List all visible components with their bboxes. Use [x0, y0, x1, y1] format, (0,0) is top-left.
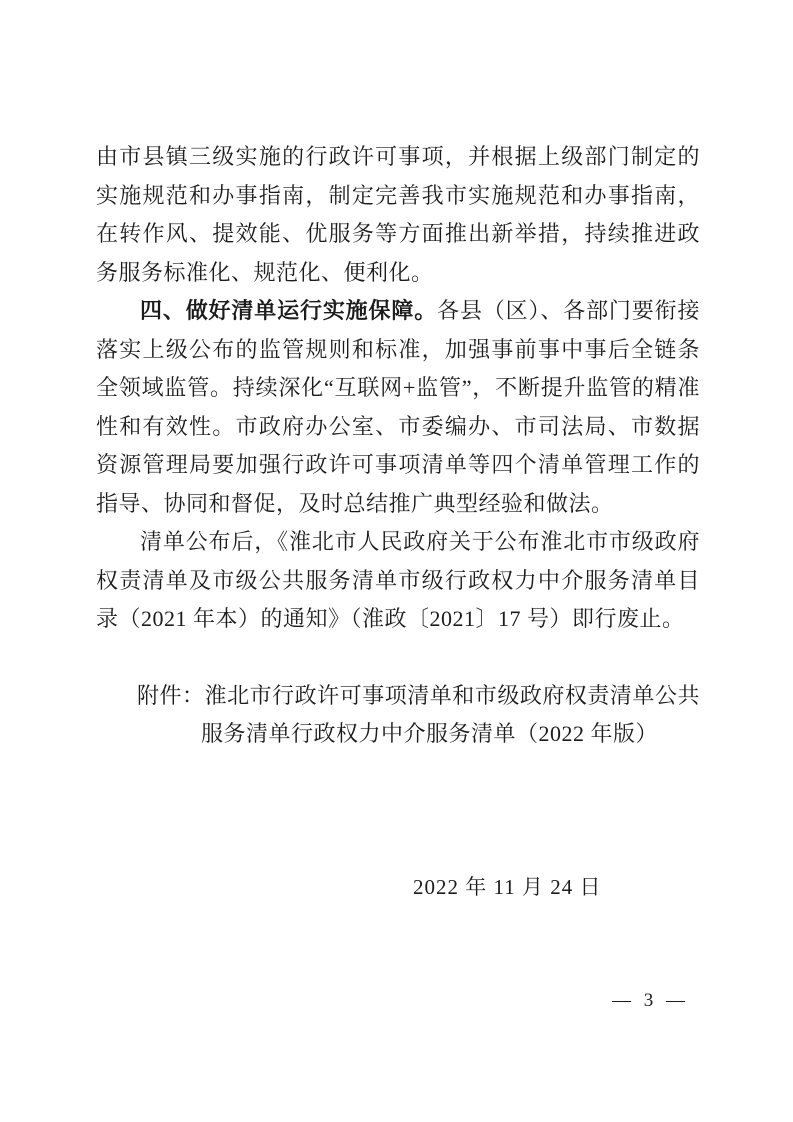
- attachment-label: 附件：: [137, 683, 205, 708]
- document-date: 2022 年 11 月 24 日: [413, 872, 601, 902]
- paragraph-text: 清单公布后，《淮北市人民政府关于公布淮北市市级政府权责清单及市级公共服务清单市级…: [96, 529, 700, 631]
- paragraph-repeal-notice: 清单公布后，《淮北市人民政府关于公布淮北市市级政府权责清单及市级公共服务清单市级…: [96, 523, 700, 639]
- document-page: 由市县镇三级实施的行政许可事项，并根据上级部门制定的实施规范和办事指南，制定完善…: [0, 0, 793, 1122]
- paragraph-text: 由市县镇三级实施的行政许可事项，并根据上级部门制定的实施规范和办事指南，制定完善…: [96, 144, 700, 285]
- section-heading: 四、做好清单运行实施保障。: [140, 298, 437, 323]
- paragraph-text: 各县（区）、各部门要衔接落实上级公布的监管规则和标准，加强事前事中事后全链条全领…: [96, 298, 700, 516]
- attachment-text: 淮北市行政许可事项清单和市级政府权责清单公共服务清单行政权力中介服务清单（202…: [201, 683, 700, 747]
- paragraph-continuation: 由市县镇三级实施的行政许可事项，并根据上级部门制定的实施规范和办事指南，制定完善…: [96, 138, 700, 292]
- paragraph-section-four: 四、做好清单运行实施保障。各县（区）、各部门要衔接落实上级公布的监管规则和标准，…: [96, 292, 700, 523]
- document-body: 由市县镇三级实施的行政许可事项，并根据上级部门制定的实施规范和办事指南，制定完善…: [96, 138, 700, 754]
- page-number: — 3 —: [612, 990, 689, 1012]
- attachment-note: 附件：淮北市行政许可事项清单和市级政府权责清单公共服务清单行政权力中介服务清单（…: [137, 677, 700, 754]
